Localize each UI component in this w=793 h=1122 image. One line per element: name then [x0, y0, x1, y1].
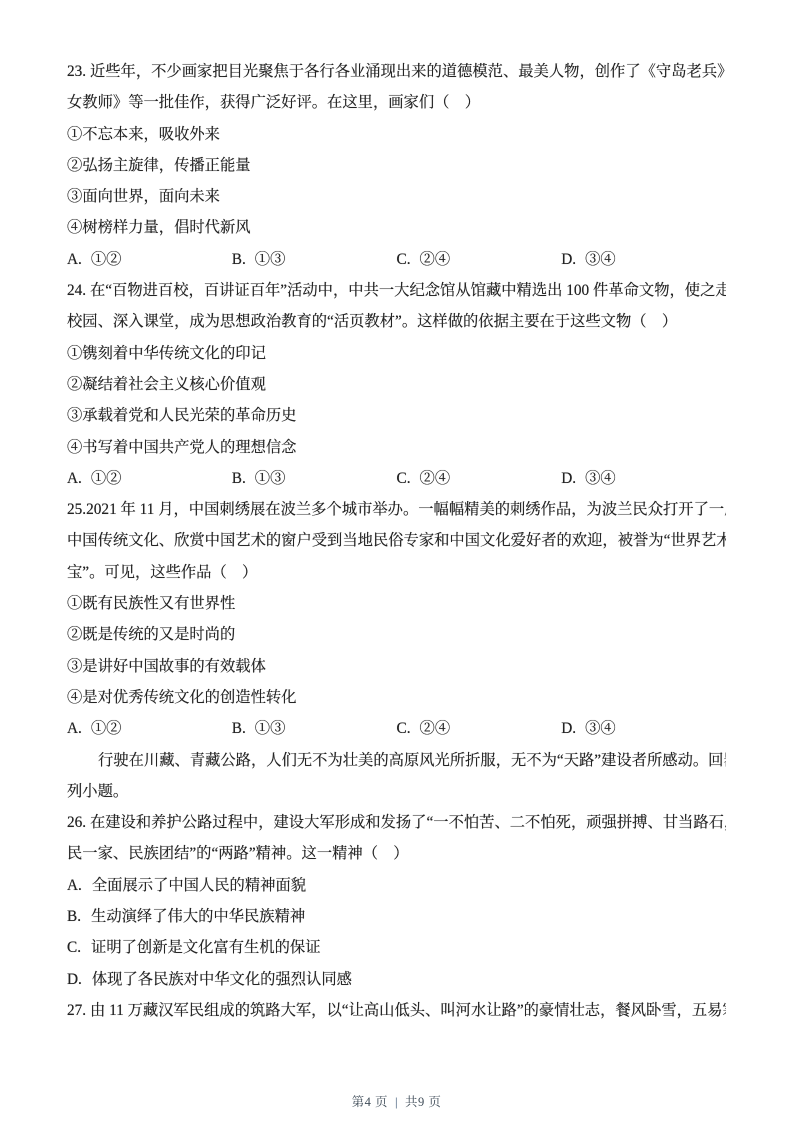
footer-total-pages: 共9 页 — [405, 1095, 441, 1109]
question-24-stem-line-1: 24. 在“百物进百校，百讲证百年”活动中，中共一大纪念馆从馆藏中精选出 100… — [67, 275, 726, 306]
question-23-item-2: ②弘扬主旋律，传播正能量 — [67, 150, 726, 181]
option-label: A. — [67, 877, 82, 894]
footer-separator: | — [395, 1095, 398, 1109]
option-label: B. — [67, 908, 81, 925]
choice-value: ②④ — [420, 251, 451, 268]
question-25-item-3: ③是讲好中国故事的有效载体 — [67, 651, 726, 682]
choice-value: ①② — [91, 251, 122, 268]
question-27-stem-line-1: 27. 由 11 万藏汉军民组成的筑路大军，以“让高山低头、叫河水让路”的豪情壮… — [67, 995, 726, 1026]
choice-label: A. — [67, 251, 82, 268]
page-footer: 第4 页|共9 页 — [0, 1092, 793, 1110]
question-26-option-b: B.生动演绎了伟大的中华民族精神 — [67, 901, 726, 932]
passage-line-2: 列小题。 — [67, 776, 726, 807]
question-26-option-d: D.体现了各民族对中华文化的强烈认同感 — [67, 964, 726, 995]
choice-value: ①② — [91, 470, 122, 487]
question-25-stem-line-3: 宝”。可见，这些作品（ ） — [67, 557, 726, 588]
question-26-stem-line-2: 民一家、民族团结”的“两路”精神。这一精神（ ） — [67, 838, 726, 869]
choice-label: B. — [232, 251, 246, 268]
choice-label: B. — [232, 720, 246, 737]
question-23-choice-row: A.①② B.①③ C.②④ D.③④ — [67, 244, 726, 275]
question-25-item-4: ④是对优秀传统文化的创造性转化 — [67, 682, 726, 713]
choice-label: C. — [397, 251, 411, 268]
question-25-choice-c: C.②④ — [397, 713, 562, 744]
choice-label: A. — [67, 720, 82, 737]
passage-26-27: 行驶在川藏、青藏公路，人们无不为壮美的高原风光所折服，无不为“天路”建设者所感动… — [67, 745, 726, 808]
choice-label: D. — [561, 470, 576, 487]
choice-value: ③④ — [585, 470, 616, 487]
passage-line-1: 行驶在川藏、青藏公路，人们无不为壮美的高原风光所折服，无不为“天路”建设者所感动… — [67, 745, 726, 776]
question-25-stem-line-1: 25.2021 年 11 月，中国刺绣展在波兰多个城市举办。一幅幅精美的刺绣作品… — [67, 494, 726, 525]
option-text: 生动演绎了伟大的中华民族精神 — [91, 908, 305, 925]
question-24-item-2: ②凝结着社会主义核心价值观 — [67, 369, 726, 400]
option-label: C. — [67, 939, 81, 956]
question-23-choice-d: D.③④ — [561, 244, 726, 275]
question-25: 25.2021 年 11 月，中国刺绣展在波兰多个城市举办。一幅幅精美的刺绣作品… — [67, 494, 726, 744]
choice-value: ①③ — [255, 251, 286, 268]
question-26-stem-line-1: 26. 在建设和养护公路过程中，建设大军形成和发扬了“一不怕苦、二不怕死，顽强拼… — [67, 807, 726, 838]
question-24: 24. 在“百物进百校，百讲证百年”活动中，中共一大纪念馆从馆藏中精选出 100… — [67, 275, 726, 494]
question-25-choice-a: A.①② — [67, 713, 232, 744]
question-23-item-3: ③面向世界，面向未来 — [67, 181, 726, 212]
question-27: 27. 由 11 万藏汉军民组成的筑路大军，以“让高山低头、叫河水让路”的豪情壮… — [67, 995, 726, 1026]
choice-label: D. — [561, 251, 576, 268]
choice-value: ②④ — [420, 470, 451, 487]
question-24-choice-b: B.①③ — [232, 463, 397, 494]
choice-value: ②④ — [420, 720, 451, 737]
question-23-choice-c: C.②④ — [397, 244, 562, 275]
question-25-item-2: ②既是传统的又是时尚的 — [67, 619, 726, 650]
question-24-choice-a: A.①② — [67, 463, 232, 494]
question-26: 26. 在建设和养护公路过程中，建设大军形成和发扬了“一不怕苦、二不怕死，顽强拼… — [67, 807, 726, 995]
choice-label: A. — [67, 470, 82, 487]
page-content: 23. 近些年，不少画家把目光聚焦于各行各业涌现出来的道德模范、最美人物，创作了… — [67, 56, 726, 1026]
option-label: D. — [67, 971, 82, 988]
option-text: 证明了创新是文化富有生机的保证 — [91, 939, 320, 956]
choice-label: B. — [232, 470, 246, 487]
option-text: 全面展示了中国人民的精神面貌 — [92, 877, 306, 894]
question-23-item-4: ④树榜样力量，倡时代新风 — [67, 212, 726, 243]
question-23: 23. 近些年，不少画家把目光聚焦于各行各业涌现出来的道德模范、最美人物，创作了… — [67, 56, 726, 275]
footer-page-number: 第4 页 — [352, 1095, 388, 1109]
choice-value: ③④ — [585, 251, 616, 268]
question-24-item-4: ④书写着中国共产党人的理想信念 — [67, 432, 726, 463]
choice-label: C. — [397, 720, 411, 737]
choice-value: ①② — [91, 720, 122, 737]
question-23-choice-b: B.①③ — [232, 244, 397, 275]
option-text: 体现了各民族对中华文化的强烈认同感 — [92, 971, 352, 988]
choice-value: ③④ — [585, 720, 616, 737]
choice-label: D. — [561, 720, 576, 737]
question-23-item-1: ①不忘本来，吸收外来 — [67, 119, 726, 150]
question-24-choice-row: A.①② B.①③ C.②④ D.③④ — [67, 463, 726, 494]
question-24-item-3: ③承载着党和人民光荣的革命历史 — [67, 400, 726, 431]
question-26-option-a: A.全面展示了中国人民的精神面貌 — [67, 870, 726, 901]
question-25-choice-b: B.①③ — [232, 713, 397, 744]
question-23-stem-line-2: 女教师》等一批佳作，获得广泛好评。在这里，画家们（ ） — [67, 87, 726, 118]
question-25-choice-row: A.①② B.①③ C.②④ D.③④ — [67, 713, 726, 744]
choice-value: ①③ — [255, 720, 286, 737]
question-23-choice-a: A.①② — [67, 244, 232, 275]
question-26-option-c: C.证明了创新是文化富有生机的保证 — [67, 932, 726, 963]
question-25-choice-d: D.③④ — [561, 713, 726, 744]
choice-label: C. — [397, 470, 411, 487]
choice-value: ①③ — [255, 470, 286, 487]
question-24-stem-line-2: 校园、深入课堂，成为思想政治教育的“活页教材”。这样做的依据主要在于这些文物（ … — [67, 306, 726, 337]
question-23-stem-line-1: 23. 近些年，不少画家把目光聚焦于各行各业涌现出来的道德模范、最美人物，创作了… — [67, 56, 726, 87]
question-25-stem-line-2: 中国传统文化、欣赏中国艺术的窗户受到当地民俗专家和中国文化爱好者的欢迎，被誉为“… — [67, 525, 726, 556]
question-24-choice-d: D.③④ — [561, 463, 726, 494]
question-25-item-1: ①既有民族性又有世界性 — [67, 588, 726, 619]
question-24-item-1: ①镌刻着中华传统文化的印记 — [67, 338, 726, 369]
question-24-choice-c: C.②④ — [397, 463, 562, 494]
